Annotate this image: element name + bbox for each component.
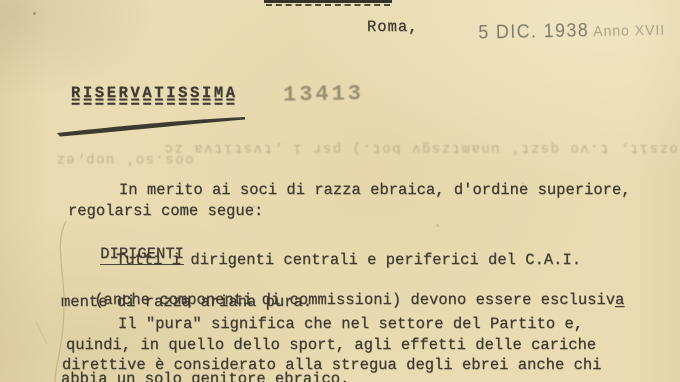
body-line: Tutti i dirigenti centrali e periferici … — [116, 251, 581, 270]
paper-speck — [436, 224, 439, 227]
heavy-ink-stroke — [57, 117, 245, 137]
top-edge-cutoff-rule — [264, 0, 392, 3]
paper-speck — [238, 366, 244, 372]
body-line: Il "pura" significa che nel settore del … — [118, 315, 583, 334]
body-line: abbia un solo genitore ebraico. — [61, 370, 349, 382]
date-stamp: 5 DIC. 1938 Anno XVII — [461, 1, 666, 63]
body-line: In merito ai soci di razza ebraica, d'or… — [119, 181, 631, 200]
protocol-number-stamp: 13413 — [283, 81, 364, 107]
paper-crease-tick — [36, 322, 47, 344]
classification-underline: ============== — [71, 94, 238, 113]
body-line: quindi, in quello dello sport, agli effe… — [66, 336, 596, 355]
place-line: Roma, — [367, 18, 419, 37]
body-line: mente di razza ariana pura. — [61, 293, 312, 312]
bleedthrough-line-1: ozsit, t.vo qszt' unamtzsgv bot.) psr i … — [163, 140, 678, 156]
hyphenation-underlined-letter: a — [615, 291, 624, 309]
date-stamp-date: 5 DIC. 1938 — [478, 20, 589, 43]
bleedthrough-line-2: oos.so' uop,ez — [55, 151, 194, 167]
scanned-document-page: Roma, 5 DIC. 1938 Anno XVII RISERVATISSI… — [0, 0, 680, 382]
body-line: regolarsi come segue: — [68, 202, 263, 221]
paper-speck — [522, 182, 524, 184]
date-stamp-era: Anno XVII — [589, 22, 665, 41]
paper-speck — [252, 206, 255, 208]
top-edge-cutoff-rule-dashes — [266, 4, 390, 6]
paper-speck — [33, 12, 36, 15]
